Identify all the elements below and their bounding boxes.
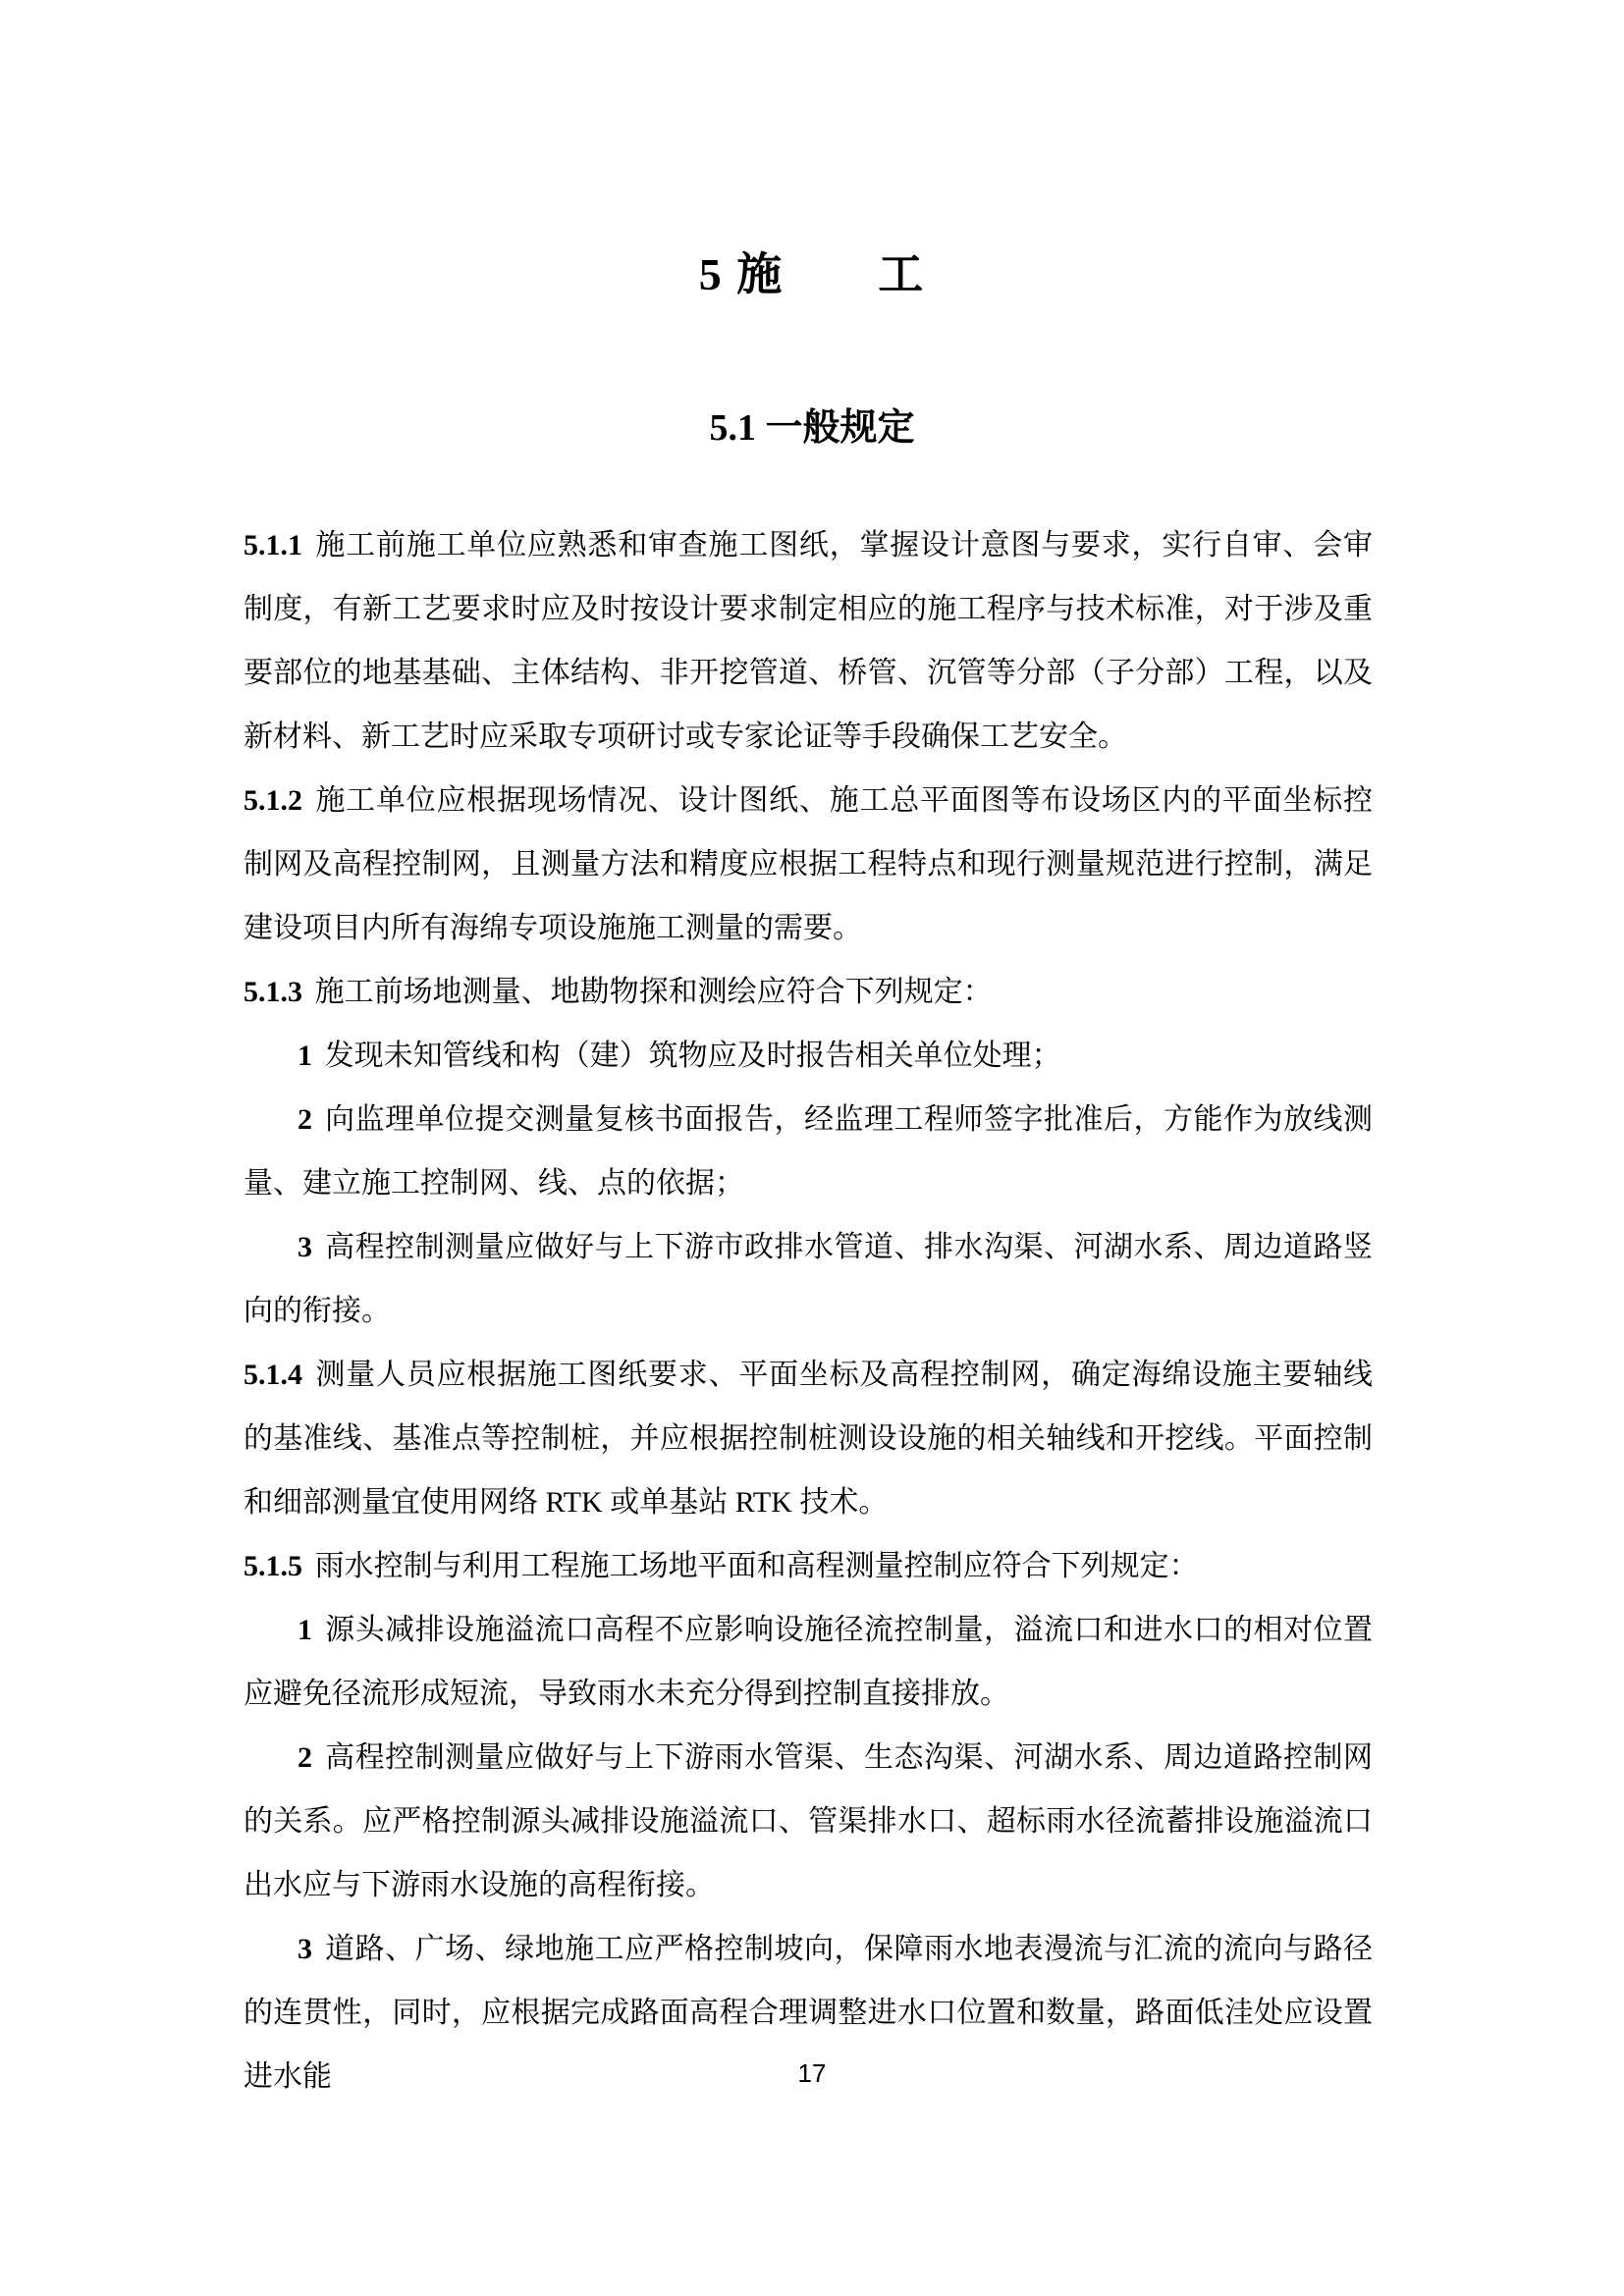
clause-number: 5.1.3	[244, 976, 302, 1008]
clause-5-1-1: 5.1.1施工前施工单位应熟悉和审查施工图纸，掌握设计意图与要求，实行自审、会审…	[244, 513, 1373, 769]
section-title: 5.1 一般规定	[0, 404, 1624, 452]
clause-5-1-2: 5.1.2施工单位应根据现场情况、设计图纸、施工总平面图等布设场区内的平面坐标控…	[244, 769, 1373, 960]
list-item-number: 2	[298, 1103, 312, 1136]
list-item-number: 1	[298, 1040, 312, 1072]
list-item-text: 向监理单位提交测量复核书面报告，经监理工程师签字批准后，方能作为放线测量、建立施…	[244, 1103, 1373, 1200]
list-item-5-1-3-3: 3高程控制测量应做好与上下游市政排水管道、排水沟渠、河湖水系、周边道路竖向的衔接…	[244, 1215, 1373, 1343]
document-body: 5.1.1施工前施工单位应熟悉和审查施工图纸，掌握设计意图与要求，实行自审、会审…	[0, 513, 1624, 2109]
clause-5-1-4: 5.1.4测量人员应根据施工图纸要求、平面坐标及高程控制网，确定海绵设施主要轴线…	[244, 1343, 1373, 1534]
document-page: 5 施 工 5.1 一般规定 5.1.1施工前施工单位应熟悉和审查施工图纸，掌握…	[0, 0, 1624, 2296]
list-item-number: 3	[298, 1933, 312, 1965]
list-item-text: 高程控制测量应做好与上下游雨水管渠、生态沟渠、河湖水系、周边道路控制网的关系。应…	[244, 1741, 1373, 1901]
clause-text: 施工前施工单位应熟悉和审查施工图纸，掌握设计意图与要求，实行自审、会审制度，有新…	[244, 529, 1373, 753]
clause-number: 5.1.1	[244, 529, 302, 561]
clause-text: 施工单位应根据现场情况、设计图纸、施工总平面图等布设场区内的平面坐标控制网及高程…	[244, 784, 1373, 944]
clause-5-1-5: 5.1.5雨水控制与利用工程施工场地平面和高程测量控制应符合下列规定：	[244, 1534, 1373, 1598]
list-item-number: 3	[298, 1231, 312, 1263]
list-item-5-1-5-2: 2高程控制测量应做好与上下游雨水管渠、生态沟渠、河湖水系、周边道路控制网的关系。…	[244, 1726, 1373, 1917]
clause-text: 测量人员应根据施工图纸要求、平面坐标及高程控制网，确定海绵设施主要轴线的基准线、…	[244, 1359, 1373, 1519]
list-item-5-1-3-2: 2向监理单位提交测量复核书面报告，经监理工程师签字批准后，方能作为放线测量、建立…	[244, 1088, 1373, 1215]
clause-number: 5.1.5	[244, 1550, 302, 1582]
clause-text: 施工前场地测量、地勘物探和测绘应符合下列规定：	[315, 976, 993, 1008]
list-item-5-1-3-1: 1发现未知管线和构（建）筑物应及时报告相关单位处理；	[244, 1024, 1373, 1088]
list-item-number: 1	[298, 1614, 312, 1646]
list-item-text: 高程控制测量应做好与上下游市政排水管道、排水沟渠、河湖水系、周边道路竖向的衔接。	[244, 1231, 1373, 1327]
list-item-text: 源头减排设施溢流口高程不应影响设施径流控制量，溢流口和进水口的相对位置应避免径流…	[244, 1614, 1373, 1710]
list-item-5-1-5-1: 1源头减排设施溢流口高程不应影响设施径流控制量，溢流口和进水口的相对位置应避免径…	[244, 1598, 1373, 1726]
page-number: 17	[0, 2056, 1624, 2090]
list-item-number: 2	[298, 1741, 312, 1774]
clause-number: 5.1.2	[244, 784, 302, 817]
clause-text: 雨水控制与利用工程施工场地平面和高程测量控制应符合下列规定：	[315, 1550, 1199, 1582]
clause-5-1-3: 5.1.3施工前场地测量、地勘物探和测绘应符合下列规定：	[244, 960, 1373, 1024]
clause-number: 5.1.4	[244, 1359, 302, 1391]
list-item-text: 发现未知管线和构（建）筑物应及时报告相关单位处理；	[325, 1040, 1061, 1072]
chapter-title: 5 施 工	[0, 0, 1624, 302]
